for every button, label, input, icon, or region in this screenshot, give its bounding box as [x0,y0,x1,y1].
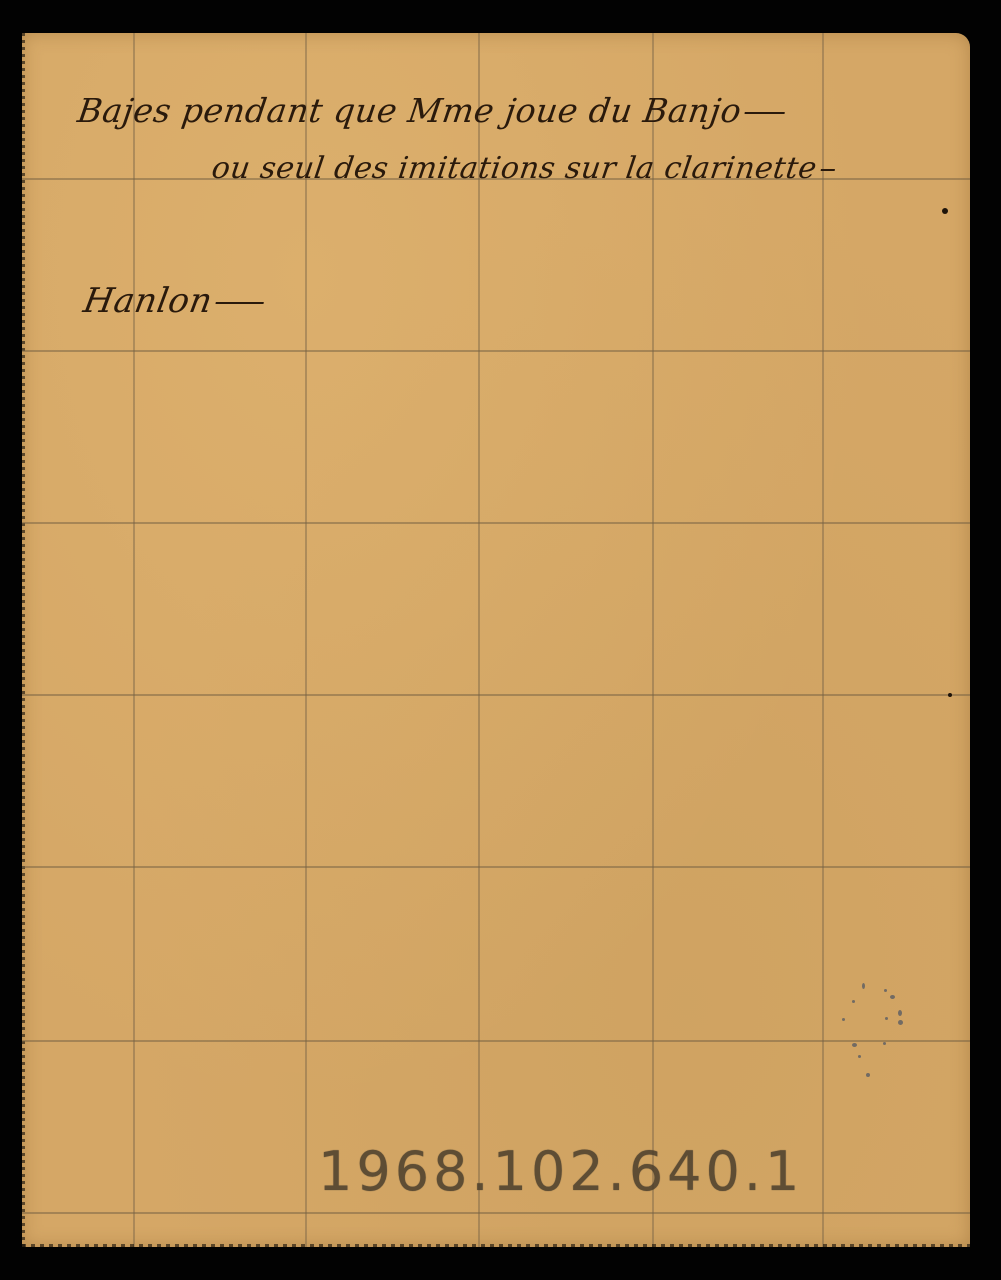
grid-line-vertical [822,33,824,1247]
grid-line-horizontal [22,694,970,696]
handwritten-line-1-text: Bajes pendant que Mme joue du Banjo [75,91,744,130]
stain-speckles [840,955,950,1075]
grid-line-vertical [305,33,307,1247]
catalog-number: 1968.102.640.1 [318,1140,803,1203]
pen-stroke-dash [216,302,264,304]
grid-line-vertical [133,33,135,1247]
grid-line-horizontal [22,522,970,524]
paper-sheet: Bajes pendant que Mme joue du Banjo ou s… [22,33,970,1247]
grid-line-horizontal [22,350,970,352]
handwritten-line-1: Bajes pendant que Mme joue du Banjo [75,91,788,130]
grid-line-horizontal [22,1212,970,1214]
ink-dot [942,208,948,214]
handwritten-line-2: ou seul des imitations sur la clarinette [210,151,838,186]
grid-line-vertical [652,33,654,1247]
grid-line-horizontal [22,866,970,868]
pen-stroke-dash [820,169,834,171]
ink-dot [948,693,952,697]
pen-stroke-dash [745,112,785,114]
handwritten-line-2-text: ou seul des imitations sur la clarinette [210,151,820,186]
grid-line-horizontal [22,1040,970,1042]
grid-line-vertical [478,33,480,1247]
signature: Hanlon [80,281,267,321]
signature-text: Hanlon [80,281,215,321]
